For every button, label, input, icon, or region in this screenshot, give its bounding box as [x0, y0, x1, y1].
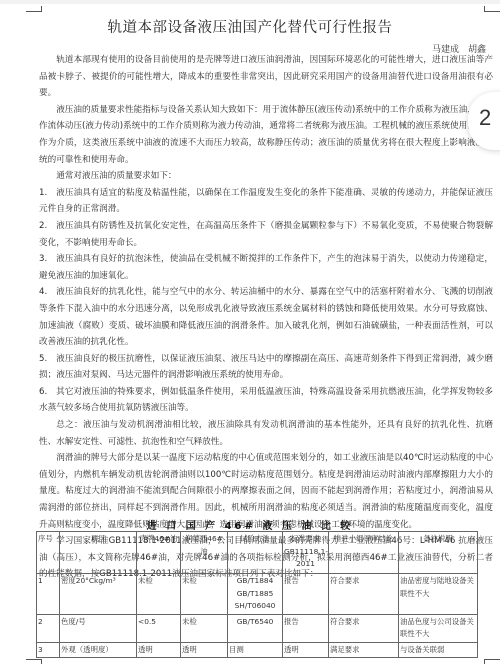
- column-header: 标准要求GB11118.1-2011: [283, 532, 329, 574]
- list-item-requirement-4: 4. 液压油良好的抗乳化性，能与空气中的水分、转运油桶中的水分、暴露在空气中的活…: [39, 284, 493, 350]
- table-title: 进 口 国 产 46# 液 压 油 比 较: [0, 517, 500, 532]
- column-header: 推进小组评审结论: [329, 532, 399, 574]
- table-cell: 油品色度与公司设备关联性不大: [399, 614, 478, 642]
- document-title: 轨道本部设备液压油国产化替代可行性报告: [0, 16, 500, 37]
- list-item-requirement-6: 6. 其它对液压油的特殊要求，例如低温条件使用，采用低温液压油，特殊高温设备采用…: [39, 384, 493, 417]
- table-cell: 透明: [283, 642, 329, 658]
- paragraph-requirements-lead: 通常对液压油的质量要求如下：: [39, 168, 493, 185]
- paragraph-summary: 总之：液压油与发动机润滑油相比较，液压油除具有发动机润滑油的基本性能外，还具有良…: [39, 417, 493, 450]
- column-header: 壳牌46#油: [137, 532, 181, 574]
- page-number: 2: [479, 105, 491, 131]
- table-cell: <0.5: [137, 614, 181, 642]
- paragraph-quality-overview: 液压油的质量要求性能指标与设备关系认知大致如下：用于流体静压(液压传动)系统中的…: [39, 102, 493, 168]
- table-cell: 符合要求: [329, 614, 399, 642]
- list-item-requirement-1: 1. 液压油具有适宜的粘度及粘温性能，以确保在工作温度发生变化的条件下能准确、灵…: [39, 185, 493, 218]
- column-header: 试验方法: [228, 532, 283, 574]
- document-page: 轨道本部设备液压油国产化替代可行性报告 马建成 胡鑫 轨道本部现有使用的设备目前…: [0, 4, 500, 664]
- crop-mark-top-right: [484, 6, 500, 12]
- table-cell: 1: [37, 574, 60, 615]
- table-cell: 报告: [283, 574, 329, 615]
- column-header: 项目: [60, 532, 137, 574]
- column-header: 备注说明: [399, 532, 478, 574]
- comparison-table: 序号 项目 壳牌46#油 润德西46#油 试验方法 标准要求GB11118.1-…: [36, 531, 478, 658]
- table-cell: 色度/号: [60, 614, 137, 642]
- crop-mark-bottom-right: [484, 659, 500, 664]
- table-cell: 报告: [283, 614, 329, 642]
- list-item-requirement-3: 3. 液压油具有良好的抗泡沫性，使油品在受机械不断搅拌的工作条件下，产生的泡沫易…: [39, 251, 493, 284]
- table-cell: 3: [37, 642, 60, 658]
- table-cell: 未检: [181, 574, 228, 615]
- document-body: 轨道本部现有使用的设备目前使用的是壳牌等进口液压油润滑油，因国际环境恶化的可能性…: [39, 52, 493, 583]
- table-cell: 透明: [137, 642, 181, 658]
- table-cell: 密度20°Ckg/m³: [60, 574, 137, 615]
- table-cell: 未检: [181, 614, 228, 642]
- table-row: 1 密度20°Ckg/m³ 未检 未检 GB/T1884 GB/T1885 SH…: [37, 574, 478, 615]
- table-cell: 未检: [137, 574, 181, 615]
- table-cell: 目测: [228, 642, 283, 658]
- table-cell: 油品密度与陆地设备关联性不大: [399, 574, 478, 615]
- table-cell: 符合要求: [329, 574, 399, 615]
- column-header: 润德西46#油: [181, 532, 228, 574]
- column-header: 序号: [37, 532, 60, 574]
- table-cell: 与设备关联弱: [399, 642, 478, 658]
- table-cell: GB/T6540: [228, 614, 283, 642]
- paragraph-intro: 轨道本部现有使用的设备目前使用的是壳牌等进口液压油润滑油，因国际环境恶化的可能性…: [39, 52, 493, 102]
- table-header-row: 序号 项目 壳牌46#油 润德西46#油 试验方法 标准要求GB11118.1-…: [37, 532, 478, 574]
- list-item-requirement-2: 2. 液压油具有防锈性及抗氧化安定性，在高温高压条件下（磨损金属颗粒参与下）不易…: [39, 218, 493, 251]
- table-cell: 透明: [181, 642, 228, 658]
- table-row: 3 外观（透明度） 透明 透明 目测 透明 满足要求 与设备关联弱: [37, 642, 478, 658]
- table-cell: 满足要求: [329, 642, 399, 658]
- table-cell: GB/T1884 GB/T1885 SH/T06040: [228, 574, 283, 615]
- table-row: 2 色度/号 <0.5 未检 GB/T6540 报告 符合要求 油品色度与公司设…: [37, 614, 478, 642]
- table-cell: 外观（透明度）: [60, 642, 137, 658]
- list-item-requirement-5: 5. 液压油良好的极压抗磨性，以保证液压油泵、液压马达中的摩擦副在高压、高速苛刻…: [39, 351, 493, 384]
- crop-mark-top-left: [26, 6, 42, 12]
- crop-mark-bottom-left: [26, 659, 42, 664]
- table-cell: 2: [37, 614, 60, 642]
